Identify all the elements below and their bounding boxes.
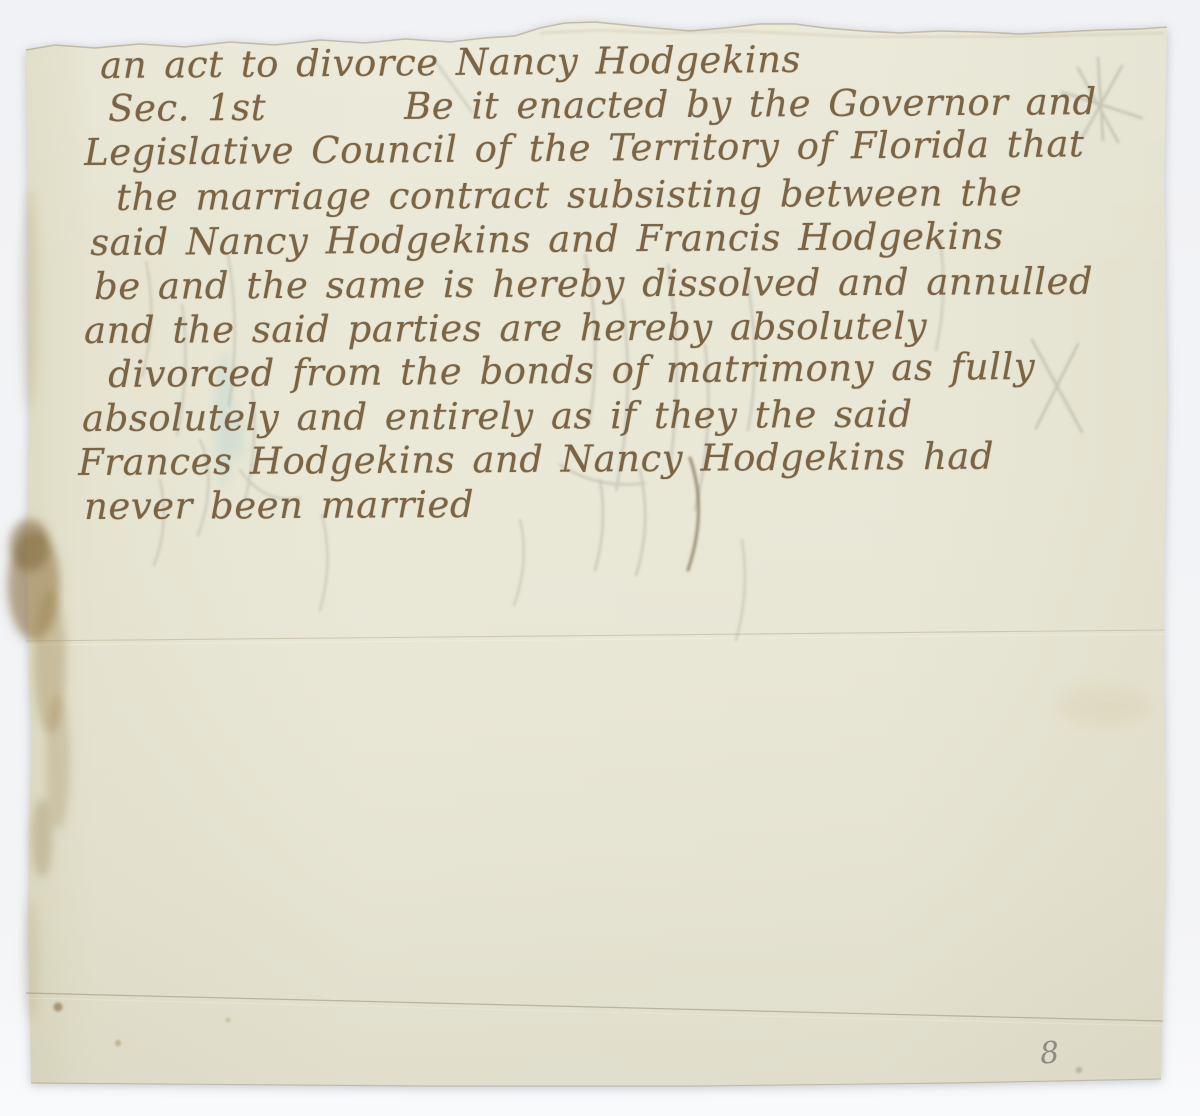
paper-sheet bbox=[8, 22, 1167, 1086]
pencil-speck bbox=[1076, 1067, 1082, 1073]
scan-background: an act to divorce Nancy Hodgekins Sec. 1… bbox=[0, 0, 1200, 1116]
paper-shading bbox=[26, 22, 1167, 1086]
scanned-paper-graphic bbox=[0, 0, 1200, 1116]
stain-right-patch bbox=[1057, 684, 1153, 728]
